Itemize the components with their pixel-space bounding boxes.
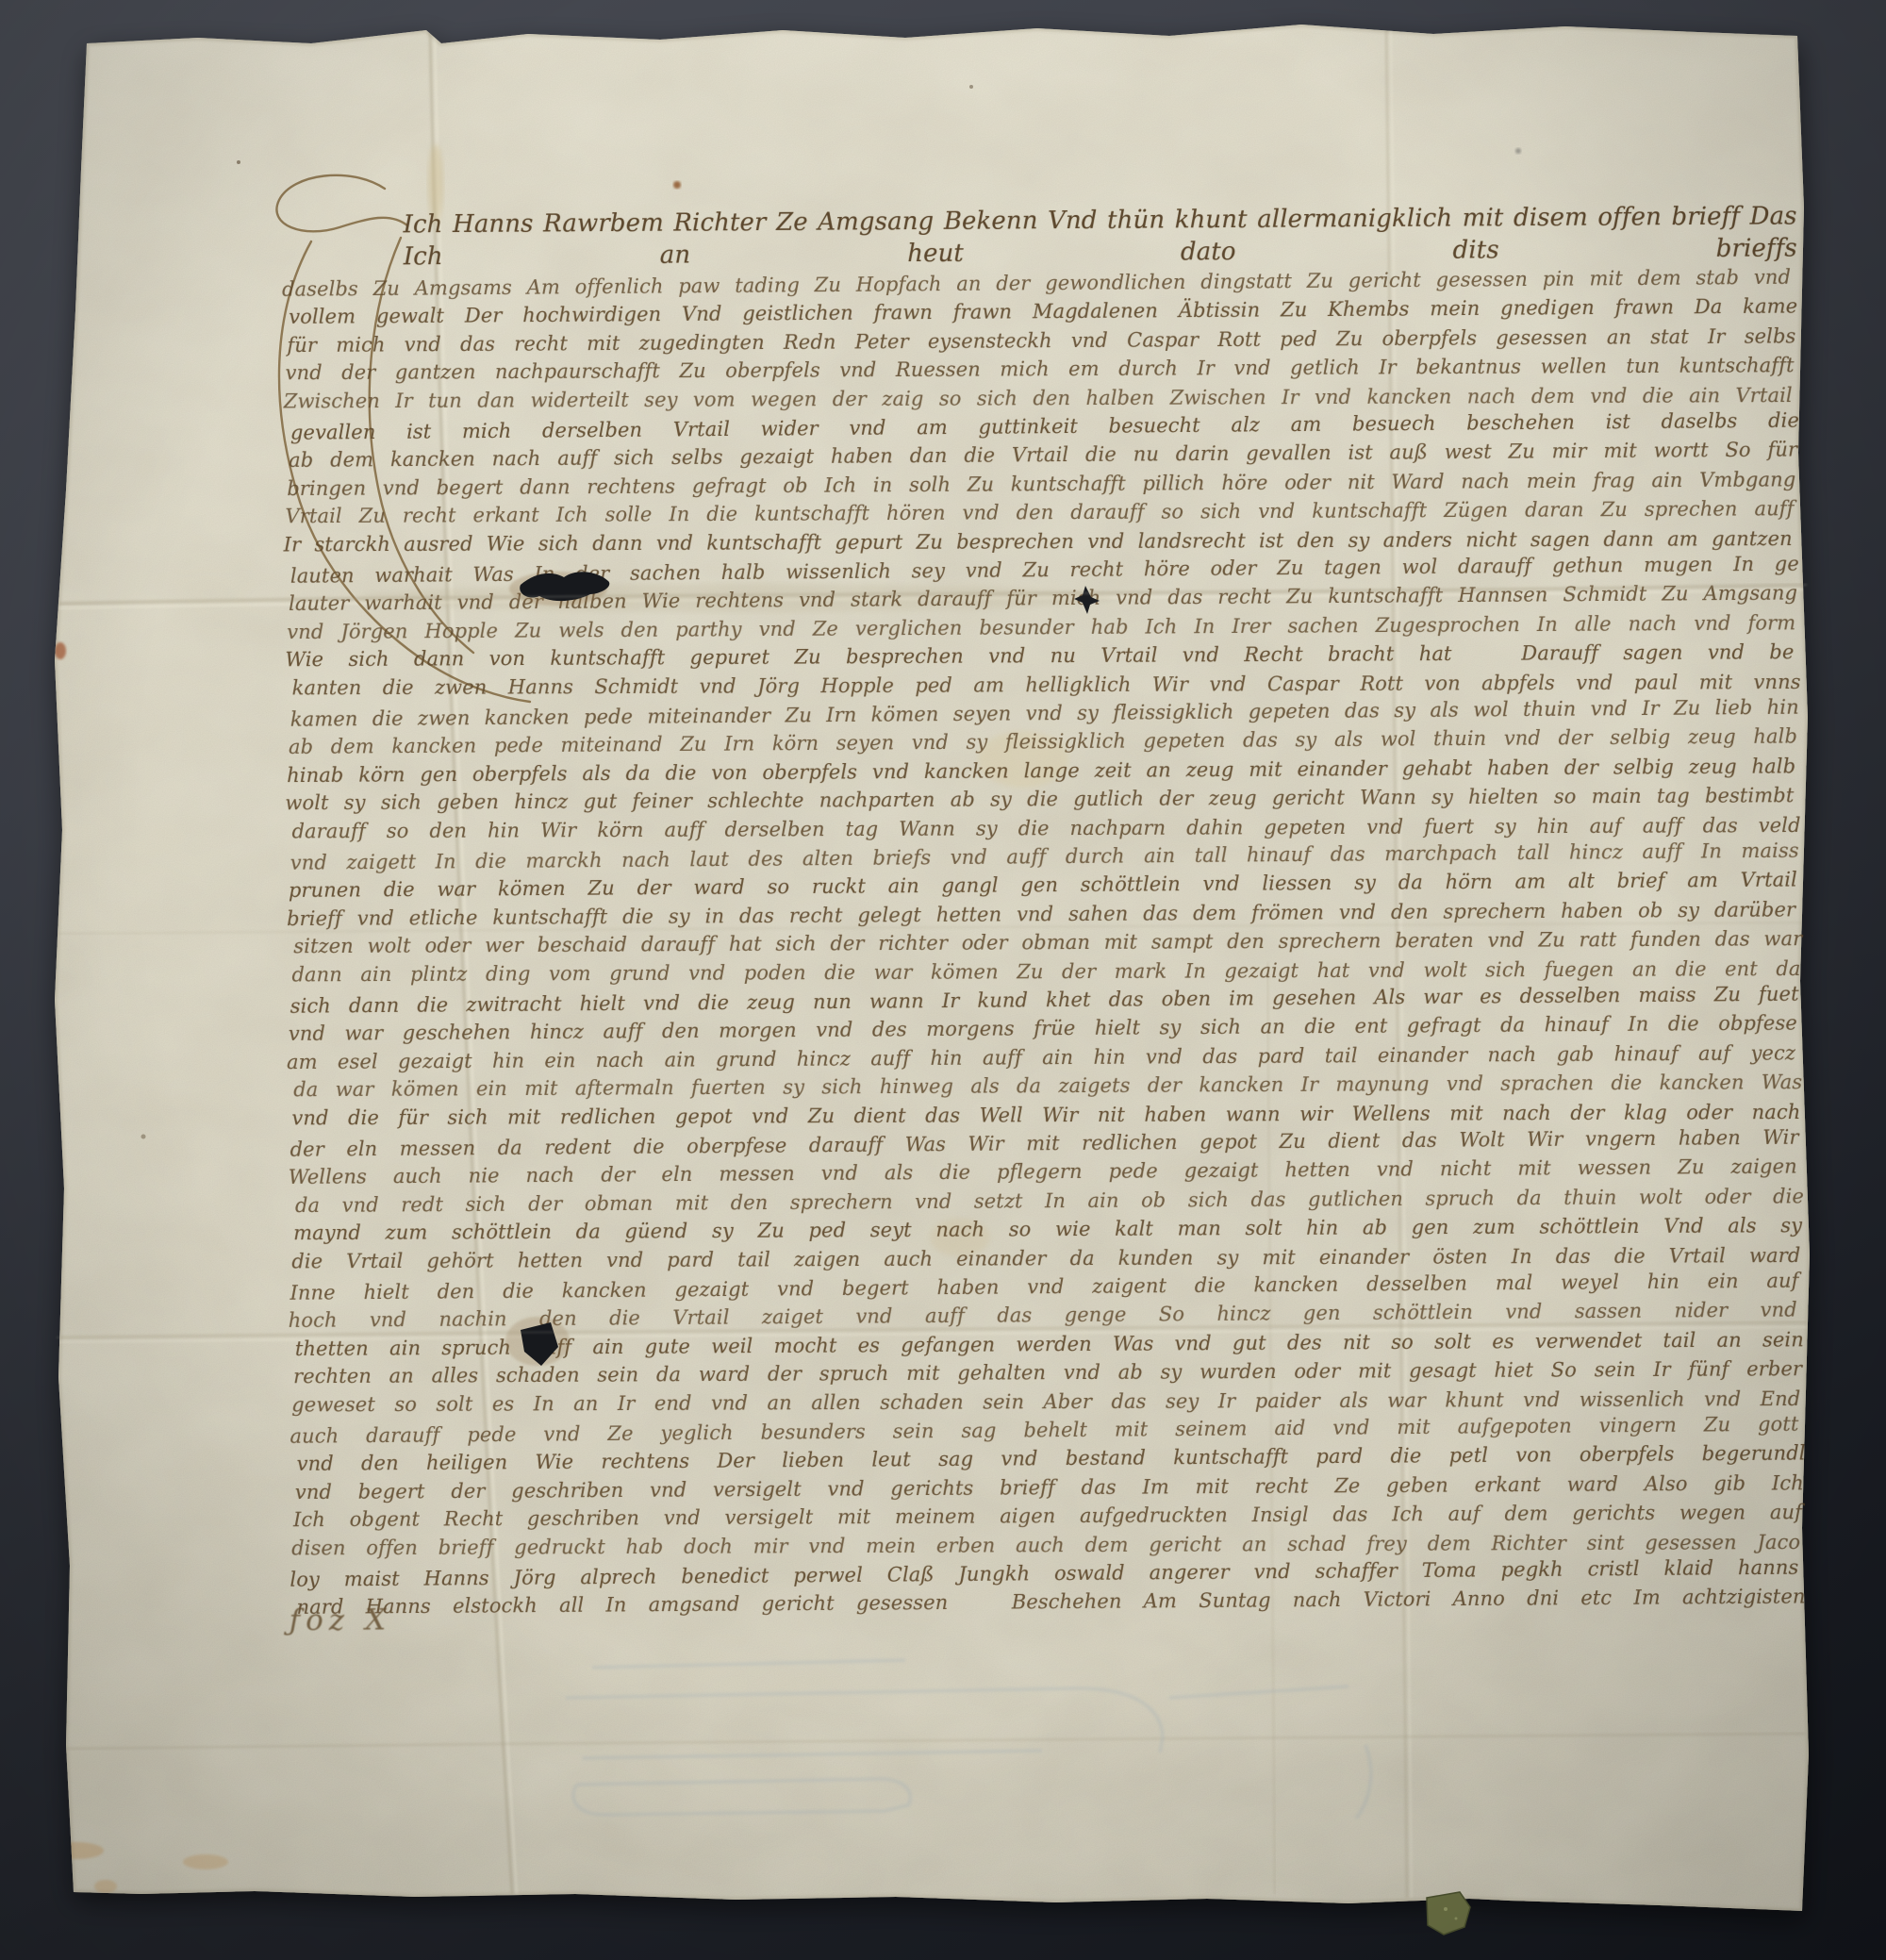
- fol-notary-mark: ƒoz X: [290, 1603, 392, 1637]
- handwritten-text-block: Ich Hanns Rawrbem Richter Ze Amgsang Bek…: [0, 0, 1886, 1960]
- manuscript-first-line: Ich Hanns Rawrbem Richter Ze Amgsang Bek…: [404, 200, 1797, 273]
- photograph-of-manuscript: Ich Hanns Rawrbem Richter Ze Amgsang Bek…: [0, 0, 1886, 1960]
- manuscript-lines: daselbs Zu Amgsams Am offenlich paw tadi…: [0, 0, 1884, 2]
